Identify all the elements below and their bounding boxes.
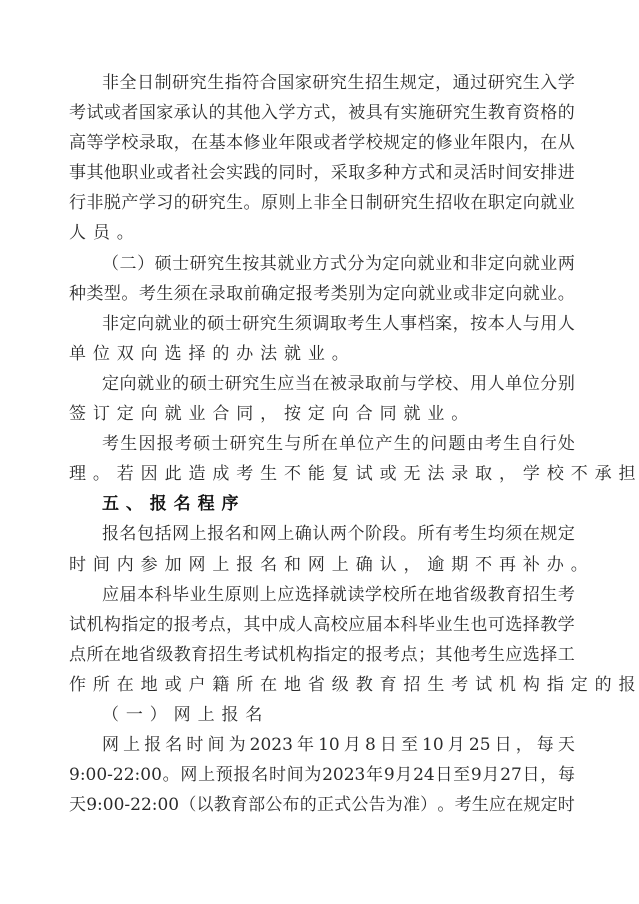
text-line: （二）硕士研究生按其就业方式分为定向就业和非定向就业两 <box>69 249 575 279</box>
text-line: 试机构指定的报考点，其中成人高校应届本科毕业生也可选择教学 <box>69 610 575 640</box>
text-line: 考生因报考硕士研究生与所在单位产生的问题由考生自行处 <box>69 429 575 459</box>
text-line: 行非脱产学习的研究生。原则上非全日制研究生招收在职定向就业 <box>69 188 575 218</box>
text-line: 9:00-22:00。网上预报名时间为2023年9月24日至9月27日，每 <box>69 760 575 790</box>
subsection-heading: （一）网上报名 <box>69 700 575 730</box>
text-line: 高等学校录取，在基本修业年限或者学校规定的修业年限内，在从 <box>69 128 575 158</box>
text-line: 签订定向就业合同，按定向合同就业。 <box>69 399 575 429</box>
section-heading: 五、报名程序 <box>69 489 575 519</box>
text-line: 网上报名时间为2023年10月8日至10月25日，每天 <box>69 730 575 760</box>
text-line: 种类型。考生须在录取前确定报考类别为定向就业或非定向就业。 <box>69 279 575 309</box>
text-line: 时间内参加网上报名和网上确认，逾期不再补办。 <box>69 550 575 580</box>
text-line: 定向就业的硕士研究生应当在被录取前与学校、用人单位分别 <box>69 369 575 399</box>
text-line: 作所在地或户籍所在地省级教育招生考试机构指定的报考点。 <box>69 670 575 700</box>
text-line: 非定向就业的硕士研究生须调取考生人事档案，按本人与用人 <box>69 309 575 339</box>
text-line: 报名包括网上报名和网上确认两个阶段。所有考生均须在规定 <box>69 519 575 549</box>
text-line: 理。若因此造成考生不能复试或无法录取，学校不承担责任。 <box>69 459 575 489</box>
text-line: 点所在地省级教育招生考试机构指定的报考点；其他考生应选择工 <box>69 640 575 670</box>
document-page: 非全日制研究生指符合国家研究生招生规定，通过研究生入学 考试或者国家承认的其他入… <box>69 68 575 820</box>
text-line: 考试或者国家承认的其他入学方式，被具有实施研究生教育资格的 <box>69 98 575 128</box>
text-line: 人员。 <box>69 218 575 248</box>
text-line: 非全日制研究生指符合国家研究生招生规定，通过研究生入学 <box>69 68 575 98</box>
text-line: 应届本科毕业生原则上应选择就读学校所在地省级教育招生考 <box>69 580 575 610</box>
text-line: 事其他职业或者社会实践的同时，采取多种方式和灵活时间安排进 <box>69 158 575 188</box>
text-line: 单位双向选择的办法就业。 <box>69 339 575 369</box>
text-line: 天9:00-22:00（以教育部公布的正式公告为准）。考生应在规定时 <box>69 790 575 820</box>
